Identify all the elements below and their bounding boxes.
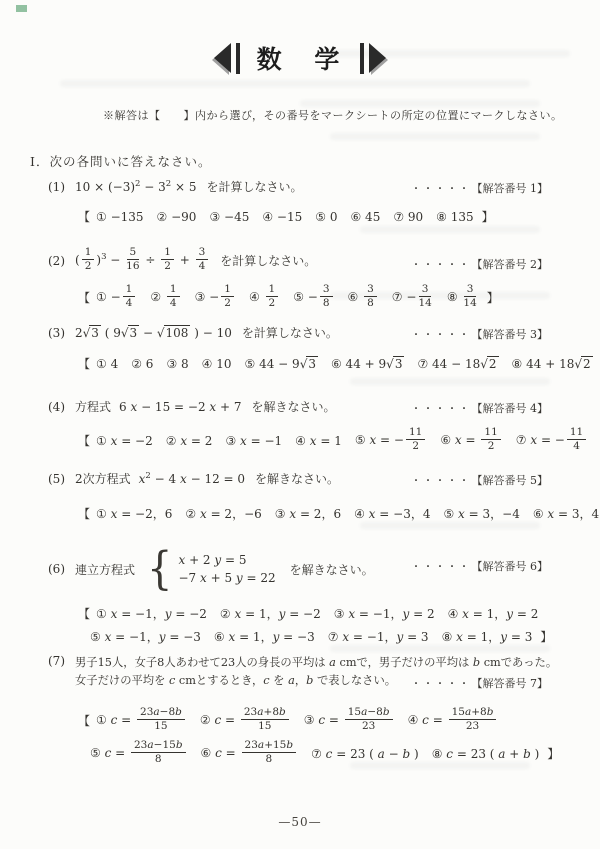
question-6: (6) 連立方程式 { x + 2 y = 5 −7 x + 5 y = 22 …: [48, 546, 548, 645]
answer-option: ⑦ 90: [393, 210, 423, 224]
answer-number-ref: ・・・・・【解答番号 4】: [411, 400, 548, 416]
answer-option: ③ x = 2，6: [275, 505, 341, 522]
bleedthrough-line: [360, 522, 540, 529]
answer-option: ② 14: [150, 285, 181, 310]
answer-option: ⑧ x = 1，y = 3: [442, 628, 533, 645]
options-close-bracket: 】: [482, 208, 494, 225]
question-number: (2): [48, 254, 75, 268]
answer-option: ② c = 23a+8b15: [200, 708, 291, 733]
answer-option: ③ 8: [166, 357, 188, 371]
options-open-bracket: 【: [78, 289, 90, 306]
page-title: 数 学: [245, 40, 356, 76]
question-number: (3): [48, 326, 75, 340]
options-row: 【 ① x = −2② x = 2③ x = −1④ x = 1⑤ x = −1…: [78, 428, 548, 453]
answer-option: ⑤ x = 3，−4: [443, 505, 519, 522]
answer-number-label: 【解答番号 6】: [477, 560, 548, 573]
answer-option: ④ x = 1: [295, 434, 342, 448]
answer-option: ③ c = 15a−8b23: [304, 708, 395, 733]
question-1: (1) 10 × (−3)2 − 32 × 5 を計算しなさい。 ・・・・・【解…: [48, 178, 548, 225]
answer-option: ④ 12: [249, 285, 280, 310]
answer-number-ref: ・・・・・【解答番号 6】: [411, 558, 548, 574]
answer-option: ② x = 1，y = −2: [220, 605, 321, 622]
bleedthrough-line: [330, 133, 540, 140]
leader-dots: ・・・・・: [411, 404, 471, 415]
answer-number-label: 【解答番号 1】: [477, 182, 548, 195]
answer-option: ⑤ x = −112: [355, 428, 427, 453]
answer-option: ⑤ x = −1，y = −3: [90, 628, 201, 645]
answer-option: ⑧ 44 + 18√2: [512, 357, 593, 371]
bleedthrough-line: [350, 378, 550, 385]
answer-option: ① x = −2: [96, 434, 153, 448]
question-7: (7) 男子15人，女子8人あわせて23人の身長の平均は a cmで，男子だけの…: [48, 654, 548, 766]
answer-number-ref: ・・・・・【解答番号 1】: [411, 180, 548, 196]
options-open-bracket: 【: [78, 432, 90, 449]
answer-option: ① x = −2，6: [96, 505, 172, 522]
question-statement-line1: 男子15人，女子8人あわせて23人の身長の平均は a cmで，男子だけの平均は …: [75, 654, 557, 672]
page-title-block: 数 学: [0, 40, 600, 76]
question-expression: 6 x − 15 = −2 x + 7: [119, 400, 241, 414]
title-right-bar: [360, 43, 364, 74]
answer-number-label: 【解答番号 7】: [477, 677, 548, 690]
options-open-bracket: 【: [78, 605, 90, 622]
answer-option: ⑦ x = −1，y = 3: [328, 628, 429, 645]
answer-option: ⑤ c = 23a−15b8: [90, 741, 188, 766]
answer-option: ② x = 2，−6: [185, 505, 261, 522]
answer-option: ② −90: [157, 210, 197, 224]
leader-dots: ・・・・・: [411, 476, 471, 487]
question-lead: 方程式: [75, 398, 111, 415]
answer-option: ② x = 2: [166, 434, 213, 448]
question-expression: 2√3 ( 9√3 − √108 ) − 10: [75, 326, 232, 340]
question-suffix: を解きなさい。: [252, 398, 336, 415]
leader-dots: ・・・・・: [411, 330, 471, 341]
answer-option: ⑥ x = 1，y = −3: [214, 628, 315, 645]
answer-option: ⑥ c = 23a+15b8: [201, 741, 299, 766]
options-close-bracket: 】: [487, 289, 499, 306]
question-3: (3) 2√3 ( 9√3 − √108 ) − 10 を計算しなさい。 ・・・…: [48, 324, 548, 372]
question-lead: 2次方程式: [75, 470, 131, 487]
answer-option: ② 6: [131, 357, 153, 371]
answer-option: ③ x = −1: [225, 434, 282, 448]
answer-option: ⑧ c = 23 ( a + b ): [432, 747, 540, 761]
question-suffix: を解きなさい。: [290, 561, 374, 578]
leader-dots: ・・・・・: [411, 562, 471, 573]
equation-2: −7 x + 5 y = 22: [178, 571, 275, 586]
answer-number-ref: ・・・・・【解答番号 7】: [411, 675, 548, 691]
question-number: (1): [48, 180, 75, 194]
options-close-bracket: 】: [547, 745, 559, 762]
options-open-bracket: 【: [78, 712, 90, 729]
answer-option: ④ c = 15a+8b23: [408, 708, 499, 733]
answer-option: ⑥ 38: [348, 285, 379, 310]
answer-option: ⑥ 44 + 9√3: [331, 357, 404, 371]
scan-corner-mark: [16, 5, 27, 12]
answer-option: ① −135: [96, 210, 144, 224]
leader-dots: ・・・・・: [411, 184, 471, 195]
answer-option: ⑤ −38: [293, 285, 334, 310]
answer-option: ⑧ 135: [436, 210, 473, 224]
answer-option: ⑤ 0: [315, 210, 337, 224]
question-suffix: を計算しなさい。: [220, 252, 316, 269]
options-row: ⑤ c = 23a−15b8⑥ c = 23a+15b8⑦ c = 23 ( a…: [90, 741, 548, 766]
options-row: 【 ① −14② 14③ −12④ 12⑤ −38⑥ 38⑦ −314⑧ 314…: [78, 285, 548, 310]
leader-dots: ・・・・・: [411, 679, 471, 690]
question-suffix: を計算しなさい。: [207, 178, 303, 195]
equation-1: x + 2 y = 5: [178, 553, 275, 568]
bleedthrough-line: [360, 226, 540, 233]
answer-option: ⑥ x = 3，4: [533, 505, 599, 522]
bleedthrough-line: [330, 645, 550, 652]
answer-number-ref: ・・・・・【解答番号 3】: [411, 326, 548, 342]
answer-option: ⑦ c = 23 ( a − b ): [311, 747, 419, 761]
title-left-bar: [236, 43, 240, 74]
options-row: 【 ① c = 23a−8b15② c = 23a+8b15③ c = 15a−…: [78, 708, 548, 733]
question-expression: (12)3 − 516 ÷ 12 + 34: [75, 248, 210, 273]
answer-option: ⑥ x = 112: [440, 428, 502, 453]
section-heading: I．次の各問いに答えなさい。: [30, 152, 211, 170]
question-expression: x2 − 4 x − 12 = 0: [139, 472, 245, 486]
answer-number-label: 【解答番号 3】: [477, 328, 548, 341]
options-close-bracket: 】: [540, 628, 552, 645]
answer-option: ④ −15: [262, 210, 302, 224]
right-arrow-icon: [369, 43, 386, 73]
question-number: (4): [48, 400, 75, 414]
options-open-bracket: 【: [78, 505, 90, 522]
answer-option: ⑦ 44 − 18√2: [417, 357, 498, 371]
options-row: 【 ① −135② −90③ −45④ −15⑤ 0⑥ 45⑦ 90⑧ 135 …: [78, 208, 548, 225]
question-expression: 10 × (−3)2 − 32 × 5: [75, 180, 197, 194]
answer-number-label: 【解答番号 5】: [477, 474, 548, 487]
left-arrow-icon: [214, 43, 231, 73]
question-5: (5) 2次方程式 x2 − 4 x − 12 = 0 を解きなさい。 ・・・・…: [48, 470, 548, 522]
answer-option: ⑥ 45: [350, 210, 380, 224]
question-lead: 連立方程式: [75, 561, 135, 578]
answer-instruction: ※解答は【 】内から選び，その番号をマークシートの所定の位置にマークしなさい。: [103, 107, 563, 123]
question-4: (4) 方程式 6 x − 15 = −2 x + 7 を解きなさい。 ・・・・…: [48, 398, 548, 453]
question-number: (6): [48, 562, 75, 576]
answer-option: ③ −45: [209, 210, 249, 224]
question-2: (2) (12)3 − 516 ÷ 12 + 34 を計算しなさい。 ・・・・・…: [48, 248, 548, 310]
options-row: 【 ① 4② 6③ 8④ 10⑤ 44 − 9√3⑥ 44 + 9√3⑦ 44 …: [78, 355, 548, 372]
bleedthrough-line: [300, 100, 540, 107]
page-number: —50—: [0, 815, 600, 829]
answer-option: ④ x = −3，4: [354, 505, 430, 522]
answer-option: ① c = 23a−8b15: [96, 708, 187, 733]
options-row: ⑤ x = −1，y = −3⑥ x = 1，y = −3⑦ x = −1，y …: [90, 628, 548, 645]
equation-system: x + 2 y = 5 −7 x + 5 y = 22: [178, 553, 275, 586]
answer-option: ③ −12: [195, 285, 236, 310]
answer-option: ④ 10: [202, 357, 232, 371]
question-suffix: を計算しなさい。: [242, 324, 338, 341]
answer-number-label: 【解答番号 2】: [477, 258, 548, 271]
answer-option: ① 4: [96, 357, 118, 371]
exam-page: 数 学 ※解答は【 】内から選び，その番号をマークシートの所定の位置にマークしな…: [0, 0, 600, 849]
answer-number-ref: ・・・・・【解答番号 5】: [411, 472, 548, 488]
answer-option: ⑦ x = −114: [516, 428, 588, 453]
question-suffix: を解きなさい。: [255, 470, 339, 487]
options-open-bracket: 【: [78, 355, 90, 372]
answer-number-ref: ・・・・・【解答番号 2】: [411, 256, 548, 272]
question-number: (5): [48, 472, 75, 486]
answer-option: ⑤ 44 − 9√3: [245, 357, 318, 371]
leader-dots: ・・・・・: [411, 260, 471, 271]
options-row: 【 ① x = −1，y = −2② x = 1，y = −2③ x = −1，…: [78, 605, 548, 622]
options-open-bracket: 【: [78, 208, 90, 225]
question-number: (7): [48, 654, 75, 668]
answer-option: ⑦ −314: [392, 285, 434, 310]
options-row: 【 ① x = −2，6② x = 2，−6③ x = 2，6④ x = −3，…: [78, 505, 548, 522]
answer-option: ③ x = −1，y = 2: [334, 605, 435, 622]
answer-option: ① x = −1，y = −2: [96, 605, 207, 622]
answer-option: ⑧ 314: [447, 285, 479, 310]
answer-number-label: 【解答番号 4】: [477, 402, 548, 415]
answer-option: ④ x = 1，y = 2: [448, 605, 539, 622]
system-brace: {: [147, 543, 172, 595]
bleedthrough-line: [60, 80, 530, 87]
answer-option: ① −14: [96, 285, 137, 310]
